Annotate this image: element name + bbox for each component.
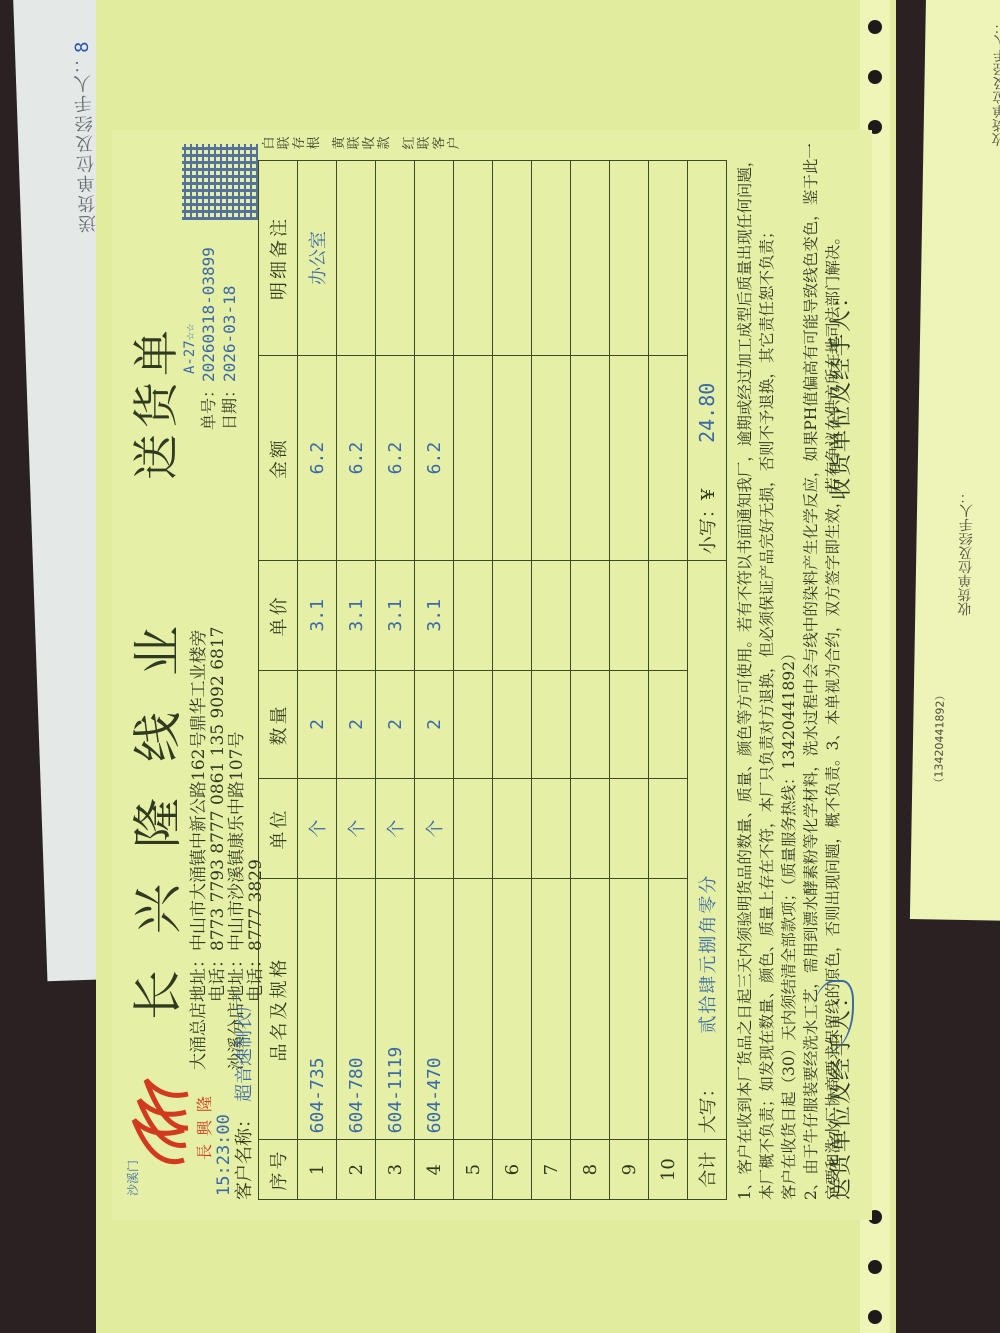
logo-brand: 長興隆: [192, 1088, 215, 1160]
table-row: 5: [454, 161, 493, 1200]
item-qty: [571, 670, 610, 779]
item-price: 3.1: [415, 561, 454, 670]
column-header: 单位: [259, 779, 298, 878]
item-amount: 6.2: [337, 356, 376, 561]
item-note: [415, 161, 454, 356]
delivery-note-sheet: 沙溪门 長興隆 15:23:00 长兴隆线业 送货单 大涌总店地址：中山市大涌镇…: [112, 130, 872, 1220]
item-unit: 个: [337, 779, 376, 878]
item-unit: 个: [298, 779, 337, 878]
column-header: 序号: [259, 1140, 298, 1200]
row-number: 9: [610, 1140, 649, 1200]
address-value: 中山市大涌镇中新公路162号鼎华工业楼旁: [189, 630, 209, 951]
item-note: [376, 161, 415, 356]
item-name: 604-1119: [376, 878, 415, 1140]
customer-field: 客户名称：超音速制衣厂: [230, 994, 256, 1200]
feed-hole: [868, 1310, 882, 1324]
item-qty: 2: [415, 670, 454, 779]
item-unit: [610, 779, 649, 878]
row-number: 2: [337, 1140, 376, 1200]
table-row: 8: [571, 161, 610, 1200]
item-qty: 2: [376, 670, 415, 779]
total-figure-cell: 小写：¥ 24.80: [688, 161, 727, 561]
row-number: 1: [298, 1140, 337, 1200]
logo-swoosh-icon: [124, 1070, 194, 1180]
item-name: [649, 878, 688, 1140]
item-name: 604-470: [415, 878, 454, 1140]
row-number: 10: [649, 1140, 688, 1200]
item-note: [571, 161, 610, 356]
doc-number: 20260318-03899: [199, 247, 218, 382]
table-row: 9: [610, 161, 649, 1200]
company-name: 长兴隆线业: [118, 590, 190, 1020]
company-logo: 沙溪门 長興隆 15:23:00: [122, 1060, 232, 1200]
item-amount: [649, 356, 688, 561]
item-unit: [454, 779, 493, 878]
item-qty: [649, 670, 688, 779]
item-unit: 个: [415, 779, 454, 878]
row-number: 6: [493, 1140, 532, 1200]
item-price: [571, 561, 610, 670]
total-row: 合计 大写： 贰拾肆元捌角零分 小写：¥ 24.80: [688, 161, 727, 1200]
item-price: [532, 561, 571, 670]
table-row: 3 604-1119 个 2 3.1 6.2: [376, 161, 415, 1200]
table-row: 1 604-735 个 2 3.1 6.2 办公室: [298, 161, 337, 1200]
background-right-sheet: 收货单位及经手人： 收货单位及经手人： （13420441892）: [910, 0, 1000, 921]
item-amount: 6.2: [298, 356, 337, 561]
item-amount: [454, 356, 493, 561]
phone-label: 电话：: [208, 951, 228, 1002]
table-row: 2 604-780 个 2 3.1 6.2: [337, 161, 376, 1200]
item-price: [649, 561, 688, 670]
table-row: 10: [649, 161, 688, 1200]
column-header: 金额: [259, 356, 298, 561]
item-name: [532, 878, 571, 1140]
column-header: 明细备注: [259, 161, 298, 356]
form-code: A-27☆☆: [182, 323, 198, 374]
item-note: [454, 161, 493, 356]
item-note: [493, 161, 532, 356]
item-price: [454, 561, 493, 670]
document-title: 送货单: [120, 324, 186, 480]
row-number: 5: [454, 1140, 493, 1200]
feed-hole: [868, 1260, 882, 1274]
item-unit: [571, 779, 610, 878]
item-qty: [610, 670, 649, 779]
copy-labels: 白联存根 黄联收款 红联客户: [262, 132, 472, 154]
item-qty: [532, 670, 571, 779]
right-sheet-sign: 收货单位及经手人：: [959, 490, 974, 616]
customer-name: 超音速制衣厂: [234, 994, 255, 1102]
total-label: 合计: [688, 1140, 727, 1200]
doc-number-label: 单号：: [199, 382, 218, 430]
column-header: 数量: [259, 670, 298, 779]
row-number: 7: [532, 1140, 571, 1200]
item-name: [454, 878, 493, 1140]
date-label: 日期：: [220, 382, 239, 430]
item-note: [649, 161, 688, 356]
item-name: [610, 878, 649, 1140]
item-amount: [571, 356, 610, 561]
header: 沙溪门 長興隆 15:23:00 长兴隆线业 送货单 大涌总店地址：中山市大涌镇…: [112, 130, 252, 1220]
item-price: 3.1: [376, 561, 415, 670]
item-price: [610, 561, 649, 670]
copy-label-yellow: 黄联收款: [332, 132, 392, 154]
item-amount: [610, 356, 649, 561]
item-amount: [532, 356, 571, 561]
item-note: 办公室: [298, 161, 337, 356]
item-price: 3.1: [337, 561, 376, 670]
item-unit: [493, 779, 532, 878]
total-words-label: 大写：: [698, 1079, 719, 1133]
row-number: 3: [376, 1140, 415, 1200]
item-qty: 2: [298, 670, 337, 779]
table-row: 4 604-470 个 2 3.1 6.2: [415, 161, 454, 1200]
item-name: [493, 878, 532, 1140]
row-number: 4: [415, 1140, 454, 1200]
right-sheet-sign: 收货单位及经手人：: [993, 20, 1000, 146]
address-value: 中山市沙溪镇康乐中路107号: [227, 732, 247, 951]
item-name: 604-780: [337, 878, 376, 1140]
copy-label-red: 红联客户: [402, 132, 462, 154]
items-table: 序号 品名及规格 单位 数量 单价 金额 明细备注 1 604-735 个 2 …: [258, 160, 727, 1200]
total-words-value: 贰拾肆元捌角零分: [698, 874, 719, 1034]
total-words-cell: 大写： 贰拾肆元捌角零分: [688, 561, 727, 1140]
item-qty: 2: [337, 670, 376, 779]
table-row: 6: [493, 161, 532, 1200]
row-number: 8: [571, 1140, 610, 1200]
copy-label-white: 白联存根: [262, 132, 322, 154]
item-amount: 6.2: [376, 356, 415, 561]
item-name: 604-735: [298, 878, 337, 1140]
table-header-row: 序号 品名及规格 单位 数量 单价 金额 明细备注: [259, 161, 298, 1200]
feed-hole: [868, 70, 882, 84]
phone-value: 8773 7793 8777 0861 135 9092 6817: [208, 627, 228, 951]
doc-date: 2026-03-18: [220, 286, 239, 382]
item-unit: 个: [376, 779, 415, 878]
item-note: [610, 161, 649, 356]
table-row: 7: [532, 161, 571, 1200]
feed-hole: [868, 20, 882, 34]
right-sheet-hotline: （13420441892）: [932, 689, 947, 788]
address-label: 大涌总店地址：: [189, 951, 209, 1070]
total-figure-label: 小写：¥: [698, 489, 719, 554]
terms-line: 客户在收货日起（30）天内须结清全部款项；（质量服务热线：13420441892…: [778, 140, 800, 1200]
item-amount: [493, 356, 532, 561]
item-note: [532, 161, 571, 356]
item-unit: [532, 779, 571, 878]
item-name: [571, 878, 610, 1140]
column-header: 单价: [259, 561, 298, 670]
item-note: [337, 161, 376, 356]
item-amount: 6.2: [415, 356, 454, 561]
item-qty: [493, 670, 532, 779]
item-price: 3.1: [298, 561, 337, 670]
receiver-signature-label: 收货单位及经手人：: [824, 284, 855, 500]
item-unit: [649, 779, 688, 878]
terms-line: 1、客户在收到本厂货品之日起三天内须验明货品的数量、质量、颜色等方可使用。若有不…: [734, 140, 778, 1200]
total-figure-value: 24.80: [695, 383, 719, 443]
column-header: 品名及规格: [259, 878, 298, 1140]
document-number-block: 单号：20260318-03899 日期：2026-03-18: [198, 247, 240, 430]
item-qty: [454, 670, 493, 779]
customer-label: 客户名称：: [234, 1110, 255, 1200]
item-price: [493, 561, 532, 670]
qr-code-icon: [182, 144, 258, 220]
